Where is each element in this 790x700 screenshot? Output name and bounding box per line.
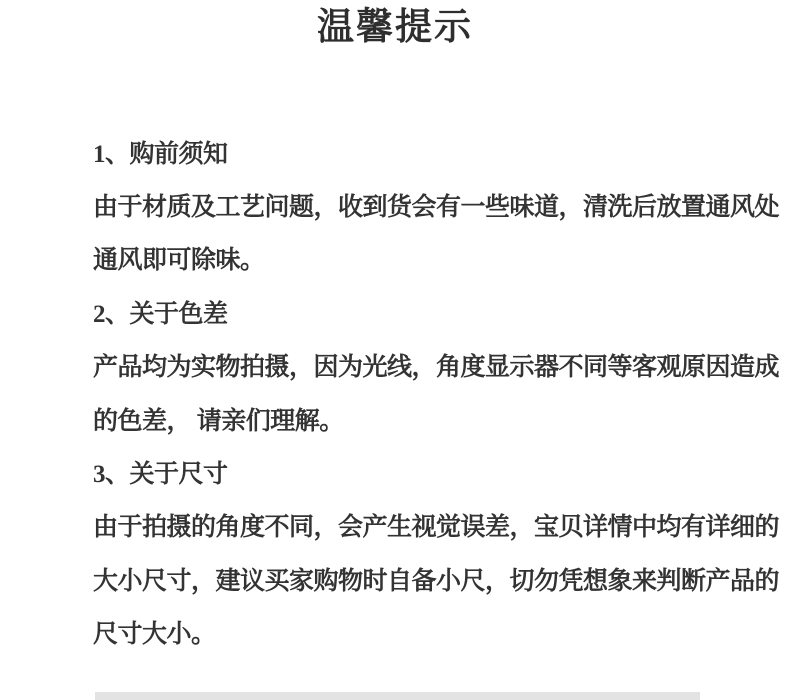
section-size: 3、关于尺寸 由于拍摄的角度不同，会产生视觉误差，宝贝详情中均有详细的 大小尺寸… [93,445,720,659]
page-title: 温馨提示 [0,6,790,50]
section-heading: 2、关于色差 [93,285,720,338]
section-line: 由于拍摄的角度不同，会产生视觉误差，宝贝详情中均有详细的 [93,499,720,552]
notice-page: 温馨提示 1、购前须知 由于材质及工艺问题，收到货会有一些味道，清洗后放置通风处… [0,0,790,700]
section-line: 由于材质及工艺问题，收到货会有一些味道，清洗后放置通风处 [93,178,720,231]
section-pre-purchase: 1、购前须知 由于材质及工艺问题，收到货会有一些味道，清洗后放置通风处 通风即可… [93,125,720,285]
section-line: 产品均为实物拍摄，因为光线，角度显示器不同等客观原因造成 [93,339,720,392]
notice-content: 1、购前须知 由于材质及工艺问题，收到货会有一些味道，清洗后放置通风处 通风即可… [93,125,720,659]
section-heading: 1、购前须知 [93,125,720,178]
bottom-divider [95,692,700,700]
section-line: 尺寸大小。 [93,606,720,659]
section-line: 的色差， 请亲们理解。 [93,392,720,445]
section-heading: 3、关于尺寸 [93,445,720,498]
section-line: 大小尺寸，建议买家购物时自备小尺，切勿凭想象来判断产品的 [93,552,720,605]
section-line: 通风即可除味。 [93,232,720,285]
section-color-difference: 2、关于色差 产品均为实物拍摄，因为光线，角度显示器不同等客观原因造成 的色差，… [93,285,720,445]
